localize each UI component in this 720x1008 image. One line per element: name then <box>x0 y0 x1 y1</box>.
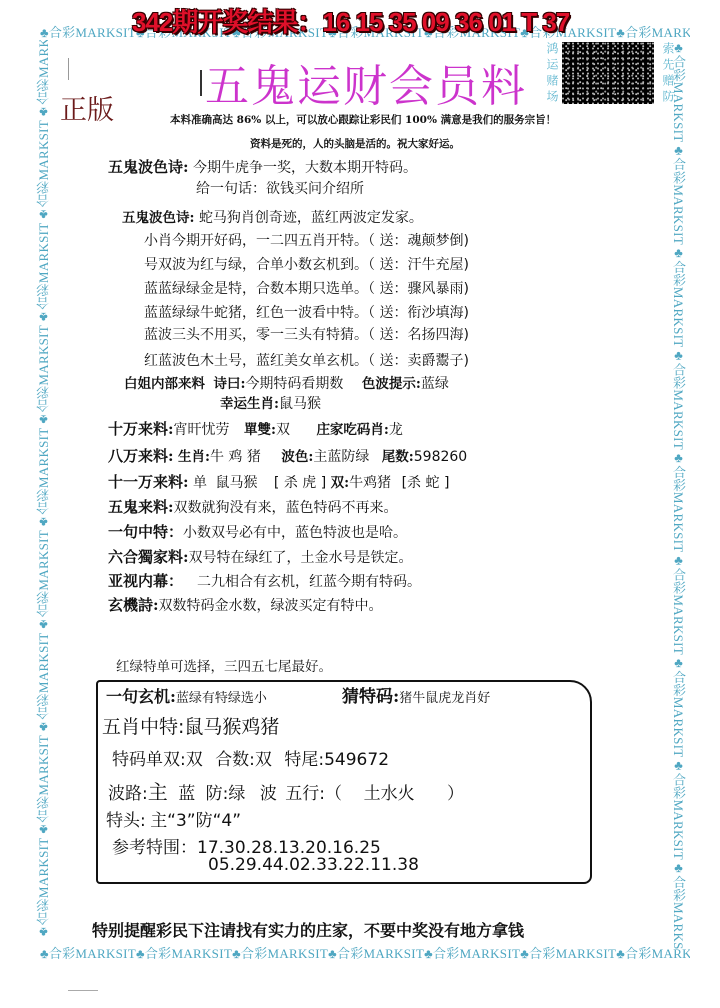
baiju-poem-label: 诗曰: <box>213 376 245 392</box>
bawan-ws-label: 尾数: <box>382 449 414 465</box>
shiyiwan-shuang-value: 牛鸡猪 <box>349 475 391 491</box>
shiwan-danshuang-value: 双 <box>276 422 290 438</box>
shiwan-value: 宵旰忧劳 <box>174 422 230 438</box>
item-value: 二九相合有玄机，红蓝今期有特码。 <box>197 574 421 590</box>
shiwan-danshuang-label: 單雙: <box>244 422 276 438</box>
tetou-value: 主“3”防“4” <box>150 811 241 831</box>
draw-result-banner: 342期开奖结果：16 15 35 09 36 01 T 37 <box>132 2 592 36</box>
poem2-line1: 蛇马狗肖创奇迹，蓝红两波定发家。 <box>199 210 423 226</box>
item-row: 五鬼来料:双数就狗没有来，蓝色特码不再来。 <box>108 496 398 517</box>
bolu-bo: 波 <box>260 784 277 804</box>
qr-left-text: 鸿运赌场 <box>544 42 561 108</box>
shiyiwan-dan-label: 单 <box>193 475 207 491</box>
tw-label: 特尾: <box>284 750 324 770</box>
shiwan-zhuang-value: 龙 <box>389 422 403 438</box>
watermark-left: ♣合彩MARKSIT♣合彩MARKSIT♣合彩MARKSIT♣合彩MARKSIT… <box>34 40 50 940</box>
edition-label: 正版 <box>60 88 114 127</box>
xuanji-value: 蓝绿有特绿选小 <box>176 691 267 706</box>
page-title: 五鬼运财会员料 <box>205 50 527 114</box>
shiyiwan-label: 十一万来料: <box>108 473 189 491</box>
item-label: 亚视内幕： <box>108 572 183 590</box>
tmds-value: 双 <box>186 750 203 770</box>
zhu-label: 猜特码: <box>342 687 399 707</box>
item-row: 一句中特：小数双号必有中，蓝色特波也是哈。 <box>108 521 407 542</box>
watermark-bottom: ♣合彩MARKSIT♣合彩MARKSIT♣合彩MARKSIT♣合彩MARKSIT… <box>40 943 690 959</box>
decor-line <box>68 990 98 991</box>
cankao-line2: 05.29.44.02.33.22.11.38 <box>208 855 419 875</box>
shiyiwan-dan-value: 鼠马猴 <box>215 475 257 491</box>
qr-code-image <box>562 42 654 104</box>
footer-reminder: 特别提醒彩民下注请找有实力的庄家，不要中奖没有地方拿钱 <box>92 918 524 941</box>
xuanji-label: 一句玄机: <box>106 687 176 706</box>
poem1-line1: 今期牛虎争一奖，大数本期开特码。 <box>193 160 417 176</box>
item-label: 一句中特： <box>108 523 183 541</box>
baiju-lucky-label: 幸运生肖: <box>220 396 279 412</box>
item-label: 玄機詩: <box>108 596 159 614</box>
bolu-fang-value: 绿 <box>228 784 245 804</box>
tw-value: 549672 <box>324 750 389 770</box>
poem2-label: 五鬼波色诗: <box>122 210 194 226</box>
shiwan-label: 十万来料: <box>108 420 174 438</box>
shiyiwan-row: 十一万来料: 单 鼠马猴 [ 杀 虎 ] 双:牛鸡猪 [杀 蛇 ] <box>108 471 449 492</box>
item-row: 玄機詩:双数特码金水数，绿波买定有特中。 <box>108 594 383 615</box>
poem2-line: 号双波为红与绿，合单小数玄机到。（ 送：汗牛充屋) <box>144 254 469 274</box>
bolu-label: 波路: <box>108 784 148 804</box>
box-tm-row: 特码单双:双 合数:双 特尾:549672 <box>112 745 389 770</box>
poem1-row: 五鬼波色诗: 今期牛虎争一奖，大数本期开特码。 <box>108 156 417 177</box>
hs-label: 合数: <box>215 750 255 770</box>
subtitle-accuracy: 本料准确高达 86% 以上，可以放心跟踪让彩民们 100% 满意是我们的服务宗旨… <box>170 112 556 127</box>
shiyiwan-shuang-label: 双: <box>331 475 349 491</box>
decor-line <box>68 58 69 80</box>
baiju-lucky-row: 幸运生肖:鼠马猴 <box>220 392 321 413</box>
watermark-right: ♣合彩MARKSIT♣合彩MARKSIT♣合彩MARKSIT♣合彩MARKSIT… <box>672 40 688 950</box>
box-zhu-row: 猜特码:猪牛鼠虎龙肖好 <box>342 682 490 707</box>
item-value: 双数特码金水数，绿波买定有特中。 <box>159 598 383 614</box>
bolu-fang: 防: <box>206 784 229 804</box>
shiyiwan-dan-kill: [ 杀 虎 ] <box>274 475 326 491</box>
qr-right-text: 索先赠防 <box>660 42 677 108</box>
item-value: 小数双号必有中，蓝色特波也是哈。 <box>183 525 407 541</box>
box-xuanji-row: 一句玄机:蓝绿有特绿选小 <box>106 684 267 707</box>
bawan-row: 八万来料: 生肖:牛 鸡 猪 波色:主蓝防绿 尾数:598260 <box>108 445 467 466</box>
title-cursor-bar <box>200 70 202 96</box>
poem1-label: 五鬼波色诗: <box>108 158 189 176</box>
baiju-row: 白姐内部来料 诗曰:今期特码看期数 色波提示:蓝绿 <box>124 372 449 393</box>
shiwan-zhuang-label: 庄家吃码肖: <box>316 422 388 438</box>
baiju-lucky-value: 鼠马猴 <box>279 396 321 412</box>
bolu-main: 主 <box>148 780 168 804</box>
zhu-value: 猪牛鼠虎龙肖好 <box>399 691 490 706</box>
poem2-line: 蓝波三头不用买，零一三头有特猜。（ 送：名扬四海) <box>144 324 469 344</box>
shiwan-row: 十万来料:宵旰忧劳 單雙:双 庄家吃码肖:龙 <box>108 418 403 439</box>
wuxing-label: 五行: <box>285 784 325 804</box>
bawan-label: 八万来料: <box>108 447 174 465</box>
item-label: 五鬼来料: <box>108 498 174 516</box>
subtitle-luck: 资料是死的，人的头脑是活的。祝大家好运。 <box>250 136 460 151</box>
poem2-row: 五鬼波色诗: 蛇马狗肖创奇迹，蓝红两波定发家。 <box>122 206 423 227</box>
item-row: 六合獨家料:双号特在绿红了，土金水号是铁定。 <box>108 546 413 567</box>
baiju-color-label: 色波提示: <box>362 376 421 392</box>
item-value: 双号特在绿红了，土金水号是铁定。 <box>189 550 413 566</box>
item-row: 亚视内幕：二九相合有玄机，红蓝今期有特码。 <box>108 570 421 591</box>
tetou-label: 特头: <box>106 811 146 831</box>
bolu-main-value: 蓝 <box>178 784 195 804</box>
poem2-line: 蓝蓝绿绿金是特，合数本期只选单。（ 送：骤风暴雨) <box>144 278 469 298</box>
cankao-label: 参考特围： <box>112 838 197 858</box>
note-text: 红绿特单可选择，三四五七尾最好。 <box>116 655 332 675</box>
poem2-line: 小肖今期开好码，一二四五肖开特。（ 送：魂颠梦倒) <box>144 230 469 250</box>
box-tetou-row: 特头: 主“3”防“4” <box>106 806 241 831</box>
tmds-label: 特码单双: <box>112 750 186 770</box>
poem2-line: 蓝蓝绿绿牛蛇猪，红色一波看中特。（ 送：衔沙填海) <box>144 302 469 322</box>
bawan-sx-label: 生肖: <box>178 449 210 465</box>
poem2-line: 红蓝波色木土号，蓝红美女单玄机。（ 送：卖爵鬻子) <box>144 350 469 370</box>
bawan-bs-value: 主蓝防绿 <box>313 449 369 465</box>
bawan-ws-value: 598260 <box>414 449 467 465</box>
poem1-line2: 给一句话：欲钱买问介绍所 <box>196 178 364 198</box>
bawan-sx-value: 牛 鸡 猪 <box>210 449 261 465</box>
baiju-poem-value: 今期特码看期数 <box>245 376 343 392</box>
baiju-label: 白姐内部来料 <box>124 376 205 392</box>
box-bolu-row: 波路:主 蓝 防:绿 波 五行:（ 土水火 ） <box>108 776 464 805</box>
wuxing-value: （ 土水火 ） <box>325 784 464 804</box>
wuxiao-label: 五肖中特: <box>102 716 184 738</box>
wuxiao-value: 鼠马猴鸡猪 <box>184 716 279 738</box>
item-value: 双数就狗没有来，蓝色特码不再来。 <box>174 500 398 516</box>
shiyiwan-shuang-kill: [杀 蛇 ] <box>402 475 450 491</box>
bawan-bs-label: 波色: <box>281 449 313 465</box>
item-label: 六合獨家料: <box>108 548 189 566</box>
box-wuxiao-row: 五肖中特:鼠马猴鸡猪 <box>102 712 279 739</box>
hs-value: 双 <box>255 750 272 770</box>
baiju-color-value: 蓝绿 <box>421 376 449 392</box>
